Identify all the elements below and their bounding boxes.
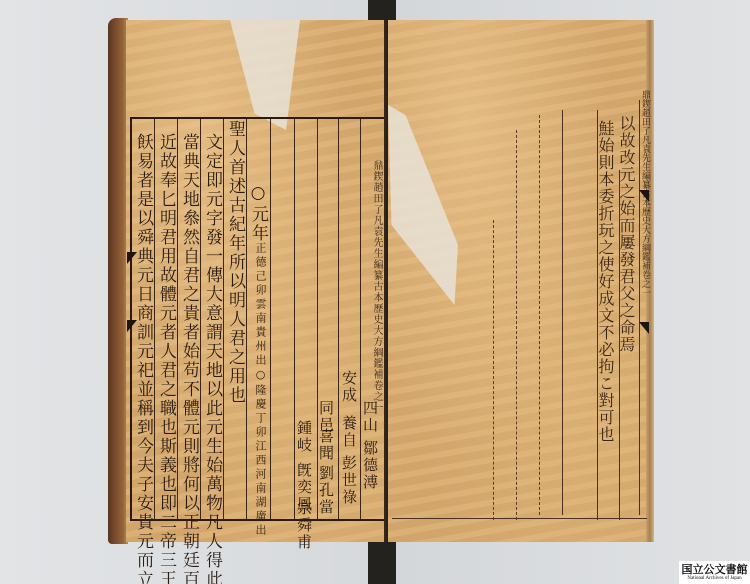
credit-name: 鍾岐 bbox=[296, 420, 311, 454]
column-rule bbox=[562, 110, 563, 515]
credit-name: 鄒德溥 bbox=[362, 440, 377, 491]
credit-name: 養自 bbox=[341, 415, 356, 449]
faint-column-rule bbox=[516, 130, 517, 520]
credit-place-ancheng: 安成 bbox=[341, 370, 356, 404]
credit-names-2: 喜聞 bbox=[318, 428, 333, 462]
credit-names-4: 鄒德溥 bbox=[362, 440, 377, 491]
column-rule bbox=[270, 119, 271, 519]
credit-name: 彭世祿 bbox=[341, 455, 356, 506]
text-column-1: 飫易者是以舜典元日商訓元祀並稱到今夫子安貴元而立新 bbox=[134, 133, 151, 513]
text-column-5: 聖人首述古紀年所以明人君之用也 bbox=[226, 120, 243, 500]
text-column-4: 文定即元字發一傳大意謂天地以此元生始萬物凡人得此心皆 bbox=[203, 133, 220, 513]
credit-name: 劉孔當 bbox=[318, 465, 333, 516]
credit-name: 喜聞 bbox=[318, 428, 333, 462]
left-margin-title: 鼎鍥趙田了凡袁先生編纂古本歷史大方綱鑑補卷之一 bbox=[371, 160, 381, 413]
handwritten-line-2: 鮭始則本委折玩之使好成文不必拘こ對可也 bbox=[597, 120, 613, 443]
watermark-title: 国立公文書館 bbox=[682, 564, 748, 576]
text-column-2: 近故奉匕明君用故體元者人君之職也斯義也即二帝三王所不 bbox=[157, 133, 174, 513]
column-rule bbox=[223, 119, 224, 519]
column-rule bbox=[338, 119, 339, 519]
national-archives-watermark: 国立公文書館 National Archives of Japan bbox=[679, 561, 750, 584]
credit-name: 宗舜甫 bbox=[296, 500, 311, 551]
text-column-6-heading: ○元年 bbox=[249, 183, 266, 243]
watermark-subtitle: National Archives of Japan bbox=[687, 576, 741, 582]
credit-names-1c: 宗舜甫 bbox=[296, 500, 311, 551]
text-column-6-annotation: 正德己卯雲南貴州出○隆慶丁卯江西河南湖廣出 bbox=[255, 242, 266, 538]
handwritten-line-1: 以故改元之始而屢發君父之命焉 bbox=[618, 115, 634, 353]
column-rule bbox=[154, 119, 155, 519]
credit-names-3: 養自 bbox=[341, 415, 356, 449]
frame-bottom-rule bbox=[392, 518, 647, 519]
text-column-3: 當典天地叅然自君之貴者始苟不體元則將何以正朝廷百官遠 bbox=[180, 133, 197, 513]
credit-names-1: 鍾岐 bbox=[296, 420, 311, 468]
credit-names-2b: 劉孔當 bbox=[318, 465, 333, 516]
credit-names-3b: 彭世祿 bbox=[341, 455, 356, 506]
book-cover-edge bbox=[108, 18, 128, 544]
faint-column-rule bbox=[493, 220, 494, 520]
column-rule bbox=[200, 119, 201, 519]
column-rule bbox=[177, 119, 178, 519]
column-rule bbox=[246, 119, 247, 519]
column-rule bbox=[294, 119, 295, 519]
faint-column-rule bbox=[539, 115, 540, 515]
